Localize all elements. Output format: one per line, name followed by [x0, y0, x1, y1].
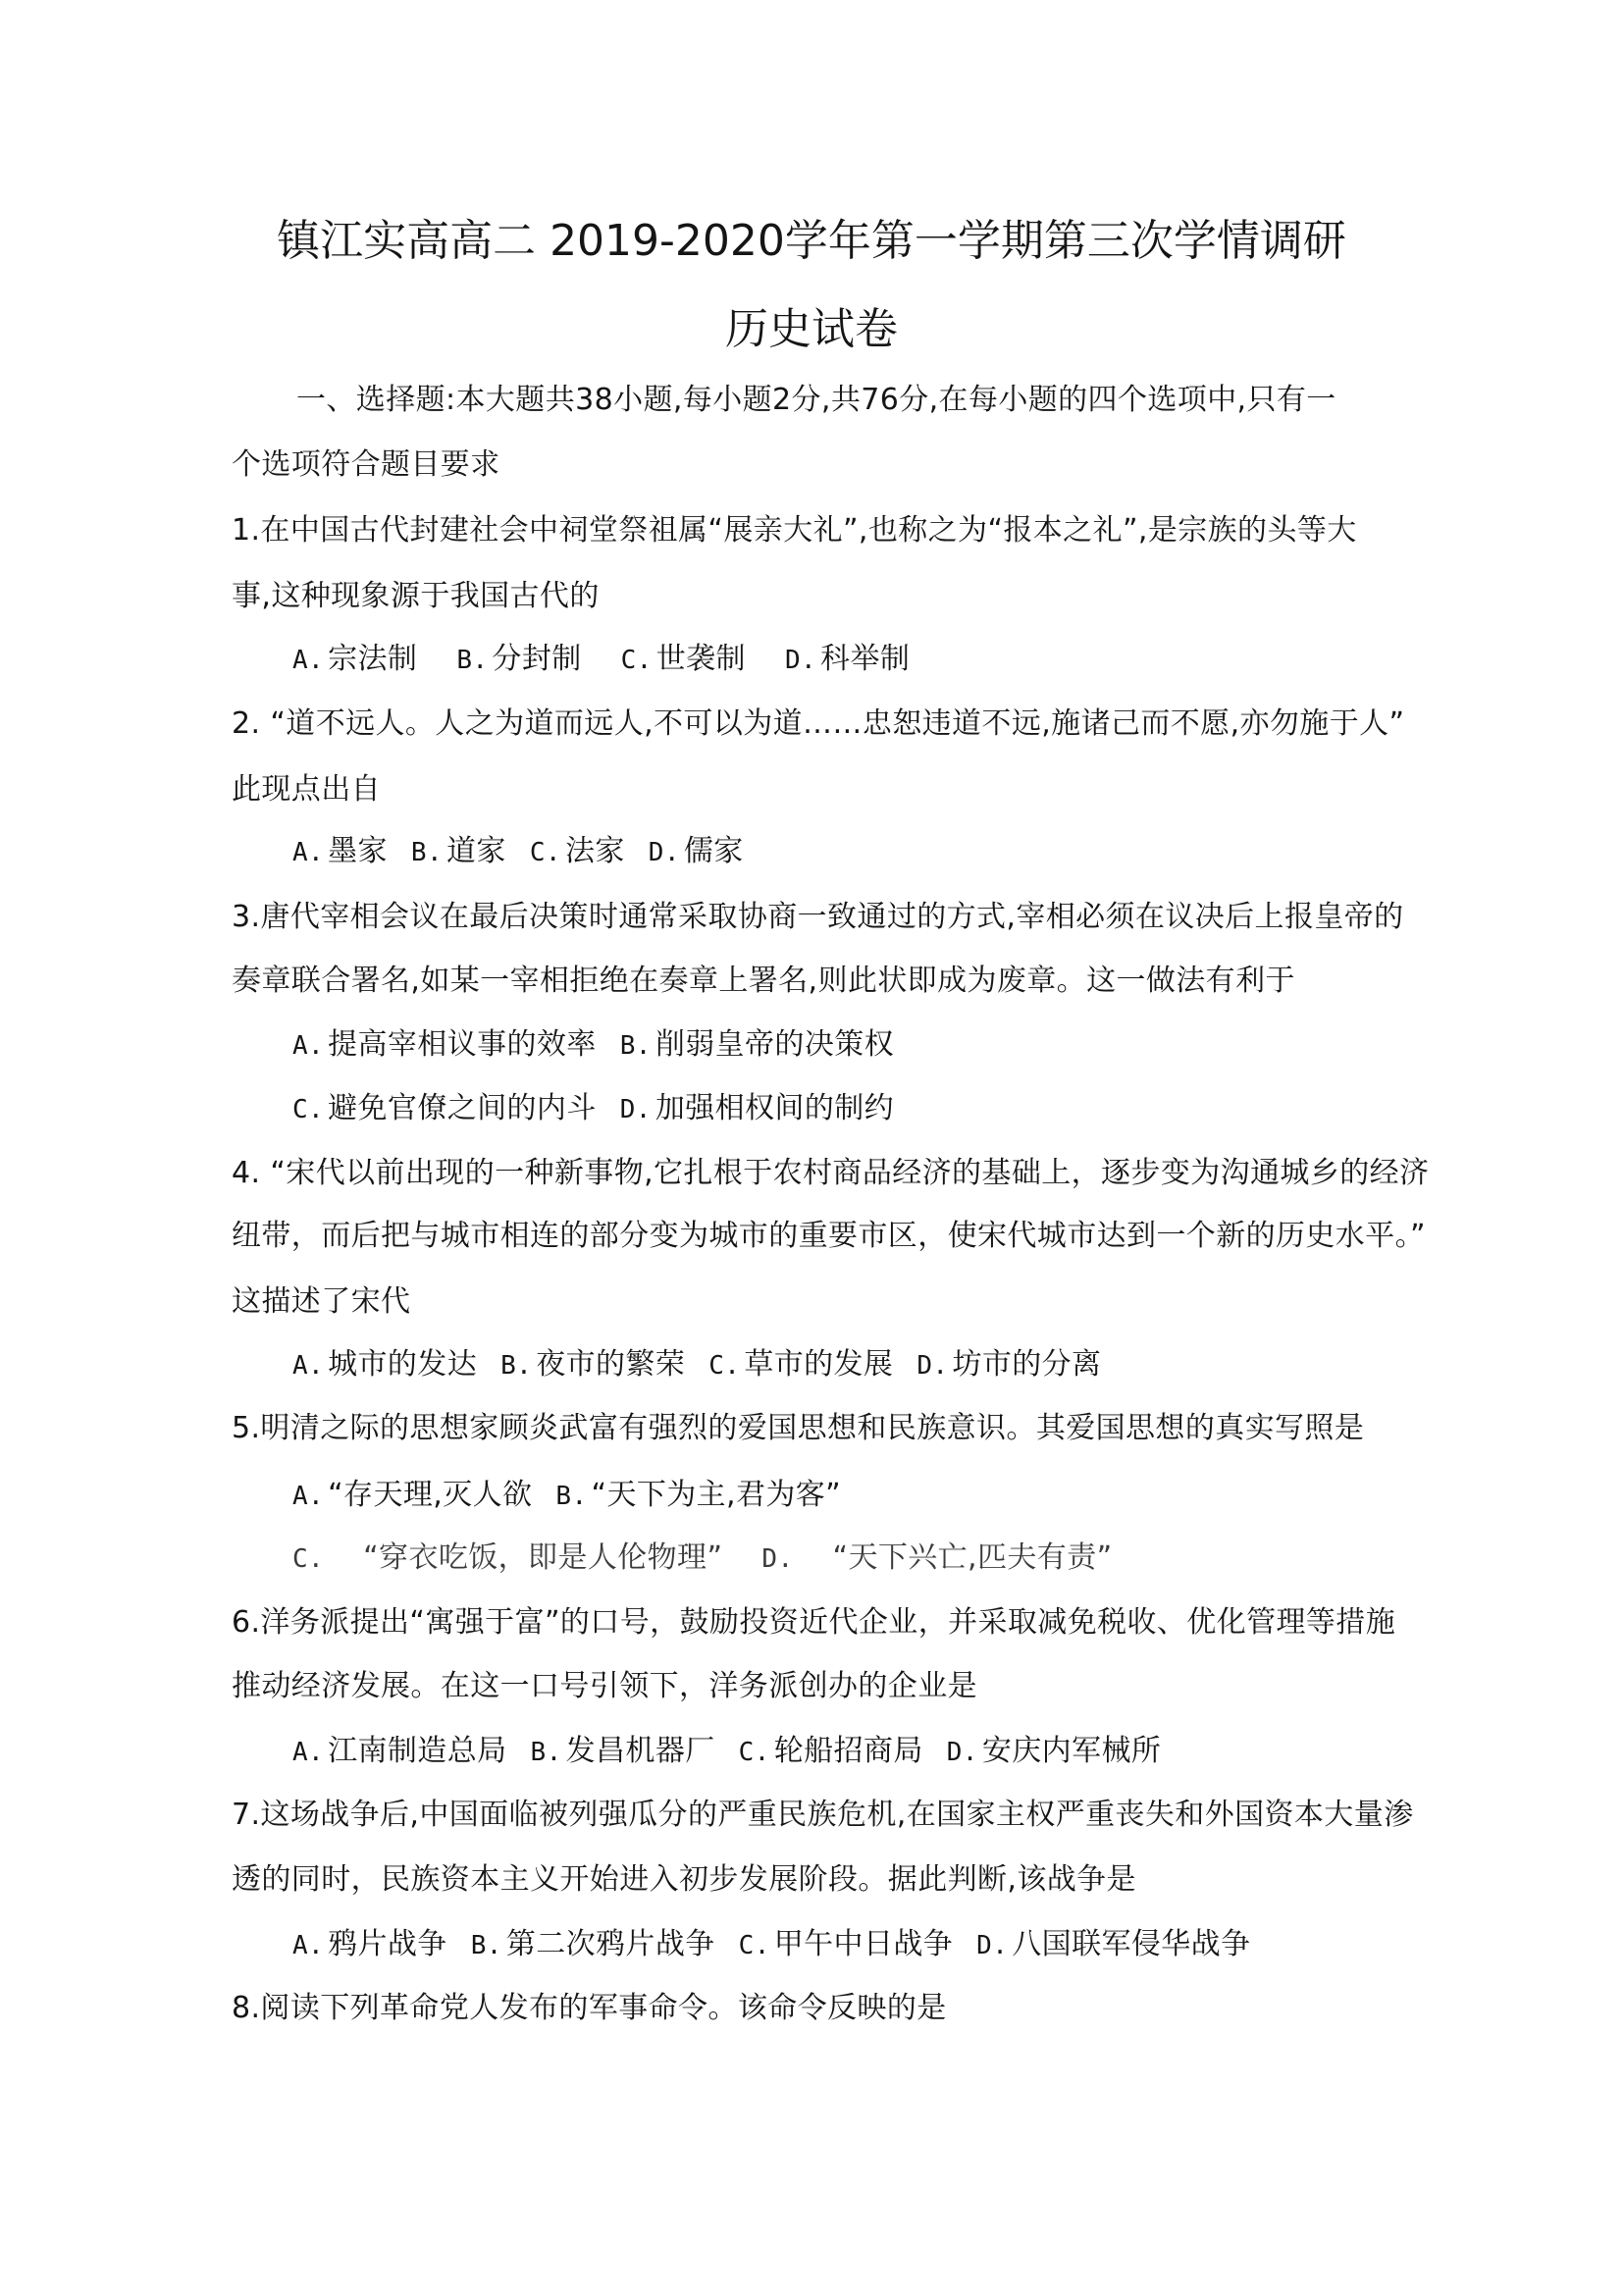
question-6-option-d: D.安庆内军械所	[947, 1732, 1162, 1772]
question-6-option-b: B.发昌机器厂	[531, 1732, 715, 1772]
question-5-option-d: D.“天下兴亡,匹夫有责”	[761, 1539, 1112, 1579]
section-heading-continued: 个选项符合题目要求	[232, 445, 1409, 485]
question-6-option-c: C.轮船招商局	[739, 1732, 923, 1772]
question-7-option-b: B.第二次鸦片战争	[471, 1925, 715, 1965]
question-7-option-a: A.鸦片战争	[292, 1925, 447, 1965]
question-2-option-a: A.墨家	[292, 832, 388, 872]
question-5-options-ab: A.“存天理,灭人欲B.“天下为主,君为客”	[292, 1476, 1470, 1516]
question-2-text: 2. “道不远人。人之为道而远人,不可以为道……忠恕违道不远,施诸己而不愿,亦勿…	[232, 704, 1409, 744]
exam-title: 镇江实高高二 2019-2020学年第一学期第三次学情调研	[0, 214, 1623, 269]
question-4-option-c: C.草市的发展	[708, 1345, 893, 1385]
question-7-option-d: D.八国联军侵华战争	[976, 1925, 1250, 1965]
question-5-text: 5.明清之际的思想家顾炎武富有强烈的爱国思想和民族意识。其爱国思想的真实写照是	[232, 1409, 1409, 1448]
question-2-option-d: D.儒家	[649, 832, 744, 872]
question-2-option-c: C.法家	[530, 832, 625, 872]
question-7-option-c: C.甲午中日战争	[739, 1925, 954, 1965]
exam-subtitle: 历史试卷	[0, 302, 1623, 357]
question-4-text-continued: 纽带，而后把与城市相连的部分变为城市的重要市区，使宋代城市达到一个新的历史水平。…	[232, 1217, 1409, 1256]
question-7-options: A.鸦片战争B.第二次鸦片战争C.甲午中日战争D.八国联军侵华战争	[292, 1925, 1470, 1965]
question-6-option-a: A.江南制造总局	[292, 1732, 507, 1772]
question-7-text: 7.这场战争后,中国面临被列强瓜分的严重民族危机,在国家主权严重丧失和外国资本大…	[232, 1796, 1409, 1835]
question-3-option-c: C.避免官僚之间的内斗	[292, 1089, 597, 1129]
question-4-option-a: A.城市的发达	[292, 1345, 477, 1385]
question-2-text-continued: 此现点出自	[232, 770, 1409, 809]
question-3-text-continued: 奏章联合署名,如某一宰相拒绝在奏章上署名,则此状即成为废章。这一做法有利于	[232, 962, 1409, 1001]
question-8-text: 8.阅读下列革命党人发布的军事命令。该命令反映的是	[232, 1989, 1409, 2028]
exam-page: 镇江实高高二 2019-2020学年第一学期第三次学情调研 历史试卷 一、选择题…	[0, 0, 1623, 2296]
question-4-text: 4. “宋代以前出现的一种新事物,它扎根于农村商品经济的基础上，逐步变为沟通城乡…	[232, 1154, 1409, 1193]
question-1-options: A.宗法制B.分封制C.世袭制D.科举制	[292, 640, 1470, 680]
question-2-option-b: B.道家	[411, 832, 506, 872]
question-3-options-ab: A.提高宰相议事的效率B.削弱皇帝的决策权	[292, 1025, 1470, 1066]
question-6-text: 6.洋务派提出“寓强于富”的口号，鼓励投资近代企业，并采取减免税收、优化管理等措…	[232, 1603, 1409, 1643]
question-7-text-continued: 透的同时，民族资本主义开始进入初步发展阶段。据此判断,该战争是	[232, 1860, 1409, 1900]
question-3-options-cd: C.避免官僚之间的内斗D.加强相权间的制约	[292, 1089, 1470, 1129]
question-3-option-a: A.提高宰相议事的效率	[292, 1025, 597, 1066]
question-1-option-b: B.分封制	[456, 640, 581, 680]
question-4-text-continued-2: 这描述了宋代	[232, 1282, 1409, 1322]
question-3-option-d: D.加强相权间的制约	[620, 1089, 894, 1129]
question-5-option-b: B.“天下为主,君为客”	[555, 1476, 841, 1516]
section-heading: 一、选择题:本大题共38小题,每小题2分,共76分,在每小题的四个选项中,只有一	[296, 381, 1474, 420]
question-2-options: A.墨家B.道家C.法家D.儒家	[292, 832, 1470, 872]
question-1-option-a: A.宗法制	[292, 640, 417, 680]
question-6-text-continued: 推动经济发展。在这一口号引领下，洋务派创办的企业是	[232, 1667, 1409, 1706]
question-1-option-c: C.世袭制	[621, 640, 746, 680]
question-1-text-continued: 事,这种现象源于我国古代的	[232, 577, 1409, 616]
question-5-option-a: A.“存天理,灭人欲	[292, 1476, 532, 1516]
question-4-option-d: D.坊市的分离	[916, 1345, 1101, 1385]
question-4-option-b: B.夜市的繁荣	[500, 1345, 685, 1385]
question-5-options-cd: C.“穿衣吃饭，即是人伦物理”D.“天下兴亡,匹夫有责”	[292, 1539, 1470, 1579]
question-1-option-d: D.科举制	[785, 640, 910, 680]
question-6-options: A.江南制造总局B.发昌机器厂C.轮船招商局D.安庆内军械所	[292, 1732, 1470, 1772]
question-1-text: 1.在中国古代封建社会中祠堂祭祖属“展亲大礼”,也称之为“报本之礼”,是宗族的头…	[232, 511, 1409, 550]
question-5-option-c: C.“穿衣吃饭，即是人伦物理”	[292, 1539, 722, 1579]
question-3-option-b: B.削弱皇帝的决策权	[620, 1025, 894, 1066]
question-3-text: 3.唐代宰相会议在最后决策时通常采取协商一致通过的方式,宰相必须在议决后上报皇帝…	[232, 898, 1409, 937]
question-4-options: A.城市的发达B.夜市的繁荣C.草市的发展D.坊市的分离	[292, 1345, 1470, 1385]
